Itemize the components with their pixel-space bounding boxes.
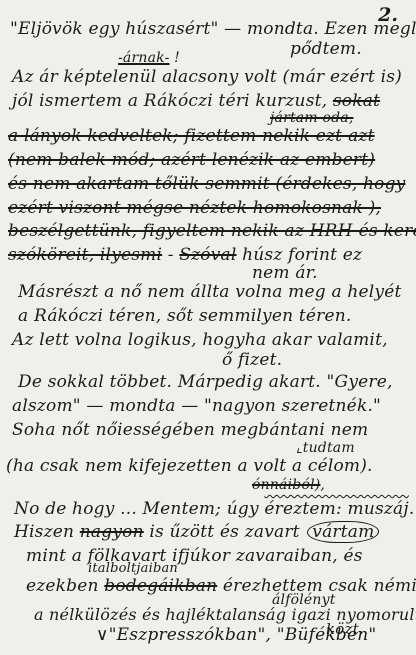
text-segment: alszom" — mondta — "nagyon szeretnék." [12,396,381,416]
text-segment: a lányok kedveltek; fizettem nekik ezt-a… [8,126,375,146]
text-segment: - [162,245,179,265]
manuscript-line: a lányok kedveltek; fizettem nekik ezt-a… [8,127,375,147]
manuscript-line: mint a fölkavart ifjúkor zavaraiban, és [26,547,363,567]
text-segment: Az lett volna logikus, hogyha akar valam… [12,330,388,350]
manuscript-line: Hiszen nagyon is űzött és zavart vártam [14,523,379,543]
text-segment: (ha csak nem kifejezetten a volt a célom… [6,456,373,476]
text-segment: jártam oda, [270,110,353,126]
manuscript-line: ónnáiból), [252,477,325,493]
text-segment: Másrészt a nő nem állta volna meg a hely… [18,282,402,302]
manuscript-line: Az ár képtelenül alacsony volt (már ezér… [12,68,402,88]
manuscript-line: pődtem. [290,40,362,60]
manuscript-line: jól ismertem a Rákóczi téri kurzust, sok… [12,92,380,112]
manuscript-line: Soha nőt nőiességében megbántani nem [12,421,368,441]
text-segment: éreztem: muszáj [264,499,409,519]
manuscript-line: nem ár. [252,264,318,284]
text-segment: jól ismertem a Rákóczi téri kurzust, [12,91,333,111]
manuscript-line: (nem balek-mód; azért lenézik az embert) [8,151,375,171]
text-segment: "Eljövök egy húszasért" — mondta. Ezen m… [10,19,416,39]
manuscript-line: a Rákóczi téren, sőt semmilyen téren. [18,307,352,327]
text-segment: ! [170,50,180,66]
text-segment: "Eszpresszókban", "Büfékben" [109,625,377,645]
text-segment: Soha nőt nőiességében megbántani nem [12,420,368,440]
manuscript-line: Másrészt a nő nem állta volna meg a hely… [18,283,402,303]
manuscript-line: "Eljövök egy húszasért" — mondta. Ezen m… [10,20,416,40]
text-segment: Hiszen [14,522,80,542]
text-segment: (nem balek-mód; azért lenézik az embert) [8,150,375,170]
text-segment: nagyon [80,522,144,542]
text-segment: . [409,499,415,519]
manuscript-line: beszélgettünk, figyeltem nekik az HRH-és… [8,222,416,242]
manuscript-line: -árnak- ! [118,50,180,66]
manuscript-line: jártam oda, [270,110,353,126]
manuscript-lines: "Eljövök egy húszasért" — mondta. Ezen m… [0,0,416,655]
text-segment: sokat [333,91,380,111]
manuscript-line: ⌞tudtam [296,440,355,456]
text-segment: bodegáikban [104,576,217,596]
text-segment: képtelenül alacsony volt (már ezért is) [58,67,402,87]
text-segment: ezért viszont mégse néztek homokosnak ), [8,198,381,218]
manuscript-line: és nem akartam tőlük semmit (érdekes, ho… [8,175,406,195]
manuscript-line: ezekben bodegáikban érezhettem csak némi [26,577,416,597]
text-segment: beszélgettünk, figyeltem nekik az HRH-és… [8,221,416,241]
manuscript-line: Az lett volna logikus, hogyha akar valam… [12,331,388,351]
text-segment: nem ár. [252,263,318,283]
text-segment: italboltjaiban [88,561,178,576]
text-segment: szóköreit, ilyesmi [8,245,162,265]
manuscript-line: De sokkal többet. Márpedig akart. "Gyere… [18,373,393,393]
text-segment: Szóval [179,245,236,265]
manuscript-line: alszom" — mondta — "nagyon szeretnék." [12,397,381,417]
text-segment: , [320,477,325,493]
text-segment: ezekben [26,576,104,596]
text-segment: húsz forint ez [237,245,363,265]
text-segment: Az ár [12,67,58,87]
text-segment: és nem akartam tőlük semmit (érdekes, ho… [8,174,406,194]
manuscript-page: 2. "Eljövök egy húszasért" — mondta. Eze… [0,0,416,655]
text-segment: ő fizet. [222,350,282,370]
text-segment: No de hogy ... Mentem; úgy [14,499,264,519]
text-segment: mint a fölkavart ifjúkor zavaraiban, és [26,546,363,566]
manuscript-line: italboltjaiban [88,562,178,577]
text-segment: a Rákóczi téren, sőt semmilyen téren. [18,306,352,326]
text-segment: -árnak- [118,50,170,66]
text-segment: ónnáiból) [252,477,320,493]
manuscript-line: (ha csak nem kifejezetten a volt a célom… [6,457,373,477]
text-segment: ∨ [96,625,109,645]
manuscript-line: ezért viszont mégse néztek homokosnak ), [8,199,381,219]
manuscript-line: No de hogy ... Mentem; úgy éreztem: musz… [14,500,414,520]
text-segment: De sokkal többet. Márpedig akart. "Gyere… [18,372,393,392]
manuscript-line: ő fizet. [222,351,282,371]
text-segment: ⌞tudtam [296,440,355,456]
text-segment: is űzött és zavart [144,522,306,542]
text-segment: vártam [307,521,379,543]
manuscript-line: ∨"Eszpresszókban", "Büfékben" [96,626,376,646]
text-segment: pődtem. [290,39,362,59]
